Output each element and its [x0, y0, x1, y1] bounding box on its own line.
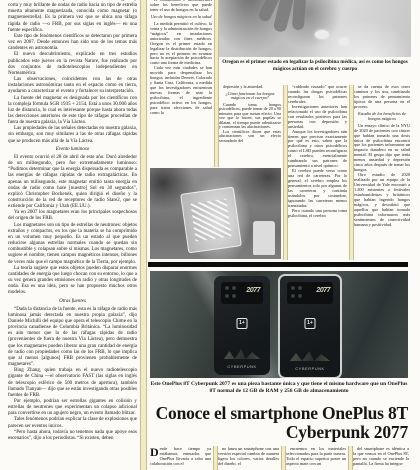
paragraph: Investigaciones anteriores han relaciona…: [288, 105, 347, 130]
paragraph: Bing Zhang, quien trabaja en el nuevo ra…: [8, 368, 137, 399]
paragraph: Cada vez más ciudades se han movido para…: [150, 66, 212, 116]
paragraph: del smartphone es idéntica a la que vemo…: [353, 447, 409, 467]
subheading-estudio-beneficios: Estudio de los beneficios de hongos mági…: [354, 112, 410, 122]
paragraph: se da cuenta de esos otros caminos y los…: [354, 85, 410, 110]
camera-lens: [291, 286, 295, 290]
oneplus-phones-photo: 2077 1+ CYBERPUNK 2077 1+ CYBERPUNK: [150, 271, 408, 378]
cyberpunk-wordmark: CYBERPUNK: [214, 364, 270, 369]
section-heading-otras-fuentes: Otras fuentes: [8, 299, 137, 305]
mushroom-shape: [339, 38, 349, 45]
article-oneplus-column-4: del smartphone es idéntica a la que vemo…: [353, 447, 409, 470]
paragraph: La fuente del magnetar es designada por …: [8, 96, 137, 127]
camera-lens: [232, 294, 236, 298]
chair-shape: [253, 221, 275, 255]
finger-shape: [292, 0, 306, 30]
paragraph: Aunque los investigadores aún tienen que…: [288, 130, 347, 170]
paragraph: Cuando toma hongos psicodélicos, puede t…: [219, 103, 281, 130]
badge-2077: 2077: [246, 287, 260, 294]
camera-lens: [298, 294, 302, 298]
camera-module: 2077: [287, 282, 333, 304]
paragraph: Las observaciones, coincidentes con las …: [8, 77, 137, 95]
badge-2077: 2077: [316, 287, 330, 294]
paragraph: Las propiedades de las señales detectada…: [8, 126, 137, 144]
paragraph: La teoría sugiere que estos objetos pued…: [8, 266, 137, 297]
oneplus-phone-right: 2077 1+ CYBERPUNK: [278, 274, 342, 378]
paragraph: “Dada la distancia de la fuente, esta es…: [8, 307, 137, 369]
mushroom-baggie-photo: [150, 168, 281, 259]
newspaper-page: Los rastreadores han captado una señal d…: [0, 0, 420, 470]
plastic-bag-shape: [180, 187, 242, 254]
paragraph: no lanza un smartphone con una versión e…: [218, 447, 279, 467]
paragraph: Ya en 2007 los magnetares eran los princ…: [8, 210, 137, 222]
subheading-como-funcionan: ¿Cómo funcionan los hongos mágicos en el…: [219, 92, 281, 101]
camera-lens: [225, 286, 229, 290]
article-mushrooms-column-d: se da cuenta de esos otros caminos y los…: [354, 85, 410, 260]
drop-cap: D: [150, 447, 160, 457]
oneplus-headline: Conoce el smartphone OnePlus 8T Cyberpun…: [150, 404, 408, 446]
section-divider-bar: [148, 262, 408, 267]
paragraph: El evento ocurrió el 28 de abril de este…: [8, 155, 137, 210]
oneplus-photo-caption: Este OnePlus 8T Cyberpunk 2077 es una pi…: [150, 381, 408, 403]
oneplus-logo: 1+: [237, 318, 248, 329]
paragraph: “cableado cruzado” que ocurre cuando las…: [288, 85, 347, 105]
paragraph: Otro estudio de 2020 realizado por un eq…: [354, 173, 410, 227]
paragraph: el comunicado e informaremos sobre los b…: [150, 0, 212, 13]
article-mushrooms-column-c: “cableado cruzado” que ocurre cuando las…: [288, 85, 347, 260]
paragraph: El nuevo descubrimiento, explicado en tr…: [8, 52, 137, 77]
paragraph: Los rastreadores han captado una señal d…: [8, 0, 137, 34]
subheading-uso-de-hongos: Uso de hongos mágicos en la salud: [150, 15, 212, 20]
cyberpunk-graphic: [224, 349, 260, 359]
mushroom-hand-photo: [219, 0, 411, 57]
cyberpunk-graphic: [290, 351, 330, 361]
column-rule-main: [140, 0, 147, 470]
camera-lens: [225, 294, 229, 298]
article-oneplus-column-1: Desde hace tiempo ya estábamos enterados…: [150, 447, 211, 470]
article-mushrooms-column-a: el comunicado e informaremos sobre los b…: [150, 0, 212, 168]
article-frb-column: Los rastreadores han captado una señal d…: [8, 0, 137, 470]
paragraph: Pero cuando una persona toma psilocibina…: [288, 209, 347, 219]
mushrooms-in-bag-shape: [191, 199, 232, 242]
paragraph: Los magnetares son un tipo de estrellas …: [8, 223, 137, 266]
paragraph: depresión y la ansiedad.: [219, 85, 281, 90]
oneplus-phone-left: 2077 1+ CYBERPUNK: [214, 276, 270, 375]
mushroom-shape: [315, 30, 329, 39]
camera-lens: [291, 294, 295, 298]
paragraph: Los científicos dicen que estas alucinac…: [219, 130, 281, 144]
paragraph: encuentra en los materiales seleccionado…: [286, 447, 346, 467]
paragraph: “Pero hasta ahora, todavía no tenemos na…: [8, 430, 137, 442]
paragraph: Un ensayo clínico de la NYU de 2020 de p…: [354, 124, 410, 174]
paragraph: esde hace tiempo ya estábamos enterados …: [150, 447, 211, 466]
article-mushrooms-column-b: depresión y la ansiedad. ¿Cómo funcionan…: [219, 85, 281, 166]
oneplus-logo: 1+: [305, 318, 316, 329]
cyberpunk-wordmark: CYBERPUNK: [280, 366, 340, 371]
camera-lens: [298, 286, 302, 290]
paragraph: Tales fenómenos podrían explicar la clas…: [8, 417, 137, 429]
article-oneplus-column-2: no lanza un smartphone con una versión e…: [218, 447, 279, 470]
section-heading-evento-luminoso: Evento luminoso: [8, 147, 137, 153]
paragraph: La medida permitió el cultivo, la venta …: [150, 22, 212, 67]
paragraph: Por ejemplo, podrían ser estrellas gigan…: [8, 399, 137, 417]
paragraph: Este tipo de fenómenos científicos se de…: [8, 34, 137, 52]
article-oneplus-column-3: encuentra en los materiales seleccionado…: [286, 447, 346, 470]
mushroom-photo-caption: Oregon es el primer estado en legalizar …: [219, 59, 411, 83]
paragraph: El cerebro puede verse como una red de c…: [288, 169, 347, 209]
camera-lens: [232, 286, 236, 290]
camera-module: 2077: [221, 282, 263, 304]
